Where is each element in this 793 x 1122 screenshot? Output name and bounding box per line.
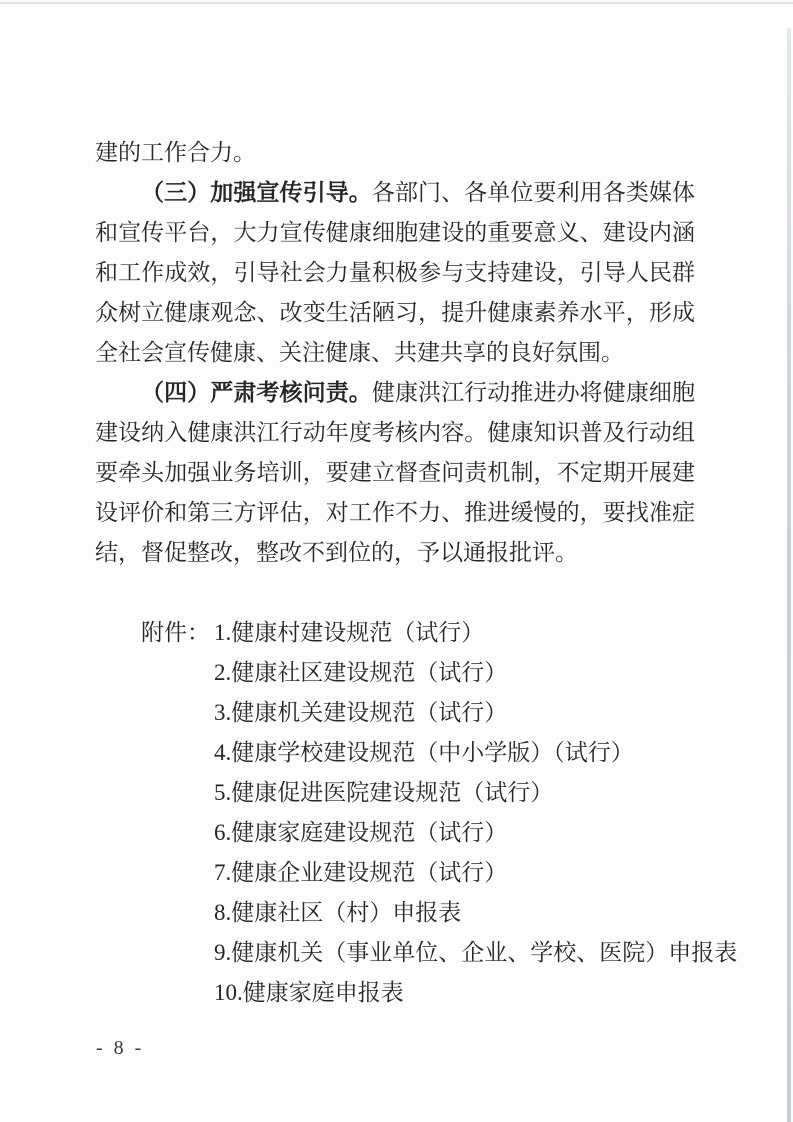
attachment-item: 1.健康村建设规范（试行） bbox=[214, 613, 737, 653]
section-3-body: 各部门、各单位要利用各类媒体和宣传平台，大力宣传健康细胞建设的重要意义、建设内涵… bbox=[95, 180, 695, 365]
scan-right-edge-artifact bbox=[787, 28, 791, 1122]
attachments-list: 1.健康村建设规范（试行） 2.健康社区建设规范（试行） 3.健康机关建设规范（… bbox=[214, 613, 737, 1013]
attachments-block: 附件： 1.健康村建设规范（试行） 2.健康社区建设规范（试行） 3.健康机关建… bbox=[141, 613, 695, 1013]
attachment-item: 5.健康促进医院建设规范（试行） bbox=[214, 773, 737, 813]
attachment-item: 10.健康家庭申报表 bbox=[214, 973, 737, 1013]
page-number: - 8 - bbox=[96, 1034, 144, 1062]
attachment-item: 8.健康社区（村）申报表 bbox=[214, 893, 737, 933]
paragraph-section-3: （三）加强宣传引导。各部门、各单位要利用各类媒体和宣传平台，大力宣传健康细胞建设… bbox=[95, 173, 695, 373]
scanned-document-page: 建的工作合力。 （三）加强宣传引导。各部门、各单位要利用各类媒体和宣传平台，大力… bbox=[0, 0, 793, 1122]
scan-top-edge-artifact bbox=[0, 2, 793, 4]
continuation-text: 建的工作合力。 bbox=[95, 140, 256, 165]
attachment-item: 9.健康机关（事业单位、企业、学校、医院）申报表 bbox=[214, 933, 737, 973]
attachment-item: 3.健康机关建设规范（试行） bbox=[214, 693, 737, 733]
attachment-item: 7.健康企业建设规范（试行） bbox=[214, 853, 737, 893]
attachment-item: 2.健康社区建设规范（试行） bbox=[214, 653, 737, 693]
continuation-paragraph: 建的工作合力。 bbox=[95, 133, 695, 173]
document-body: 建的工作合力。 （三）加强宣传引导。各部门、各单位要利用各类媒体和宣传平台，大力… bbox=[95, 133, 695, 1013]
attachments-label: 附件： bbox=[141, 613, 210, 653]
section-4-heading: （四）严肃考核问责。 bbox=[141, 380, 372, 405]
section-4-body: 健康洪江行动推进办将健康细胞建设纳入健康洪江行动年度考核内容。健康知识普及行动组… bbox=[95, 380, 695, 565]
paragraph-section-4: （四）严肃考核问责。健康洪江行动推进办将健康细胞建设纳入健康洪江行动年度考核内容… bbox=[95, 373, 695, 573]
attachment-item: 4.健康学校建设规范（中小学版）（试行） bbox=[214, 733, 737, 773]
attachment-item: 6.健康家庭建设规范（试行） bbox=[214, 813, 737, 853]
section-3-heading: （三）加强宣传引导。 bbox=[141, 180, 372, 205]
